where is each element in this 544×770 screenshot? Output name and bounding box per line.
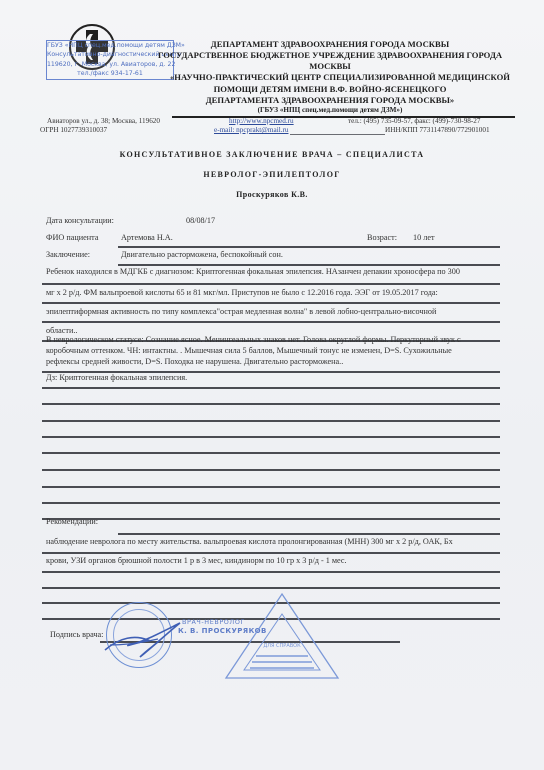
triangle-stamp-icon: ДЛЯ СПРАВОК [222, 592, 342, 682]
blank-line [42, 452, 500, 454]
email-underline [290, 134, 385, 135]
diagnosis: Дз: Криптогенная фокальная эпилепсия. [46, 371, 187, 385]
blank-line [42, 387, 500, 389]
header-line: ПОМОЩИ ДЕТЯМ ИМЕНИ В.Ф. ВОЙНО-ЯСЕНЕЦКОГО [160, 84, 500, 94]
header-line: МОСКВЫ [140, 61, 520, 71]
svg-text:ДЛЯ СПРАВОК: ДЛЯ СПРАВОК [263, 643, 301, 649]
history-line: мг х 2 р/д. ФМ вальпроевой кислоты 65 и … [46, 286, 438, 300]
recommendation-line: крови, УЗИ органов брюшной полости 1 р в… [46, 554, 347, 568]
phone-fax: тел.: (495) 735-09-57, факс: (499)-730-9… [348, 117, 480, 125]
website-link[interactable]: http://www.npcmed.ru [229, 117, 294, 125]
blank-line [42, 486, 500, 488]
text-rule [42, 283, 500, 285]
signature-scribble-icon [100, 615, 190, 665]
blank-line [42, 587, 500, 589]
header-short-name: (ГБУЗ «НПЦ спец.мед.помощи детям ДЗМ») [160, 106, 500, 114]
header-line: ДЕПАРТАМЕНТА ЗДРАВООХРАНЕНИЯ ГОРОДА МОСК… [160, 95, 500, 105]
signature-label: Подпись врача: [50, 630, 103, 639]
blank-line [42, 403, 500, 405]
date-label: Дата консультации: [46, 216, 114, 225]
blank-line [42, 518, 500, 520]
patient-label: ФИО пациента [46, 233, 98, 242]
document-page: ГБУЗ «НПЦ спец.мед.помощи детям ДЗМ» Кон… [0, 0, 544, 770]
ogrn: ОГРН 1027739310037 [40, 126, 107, 134]
header-line: «НАУЧНО-ПРАКТИЧЕСКИЙ ЦЕНТР СПЕЦИАЛИЗИРОВ… [170, 72, 500, 82]
blank-line [42, 436, 500, 438]
header-line: ДЕПАРТАМЕНТ ЗДРАВООХРАНЕНИЯ ГОРОДА МОСКВ… [140, 39, 520, 49]
history-line: эпилептиформная активность по типу компл… [46, 305, 436, 319]
text-rule [42, 571, 500, 573]
doctor-specialty: НЕВРОЛОГ-ЭПИЛЕПТОЛОГ [0, 170, 544, 179]
text-rule [42, 321, 500, 323]
recommendations-label: Рекомендации: [46, 515, 98, 529]
patient-value: Артемова Н.А. [121, 233, 173, 242]
date-value: 08/08/17 [186, 216, 215, 225]
document-title: КОНСУЛЬТАТИВНОЕ ЗАКЛЮЧЕНИЕ ВРАЧА – СПЕЦИ… [0, 150, 544, 159]
blank-line [42, 469, 500, 471]
recommendation-line: наблюдение невролога по месту жительства… [46, 535, 453, 549]
text-rule [42, 302, 500, 304]
history-line: Ребенок находился в МДГКБ с диагнозом: К… [46, 265, 460, 279]
age-label: Возраст: [367, 233, 397, 242]
blank-line [42, 502, 500, 504]
header-line: ГОСУДАРСТВЕННОЕ БЮДЖЕТНОЕ УЧРЕЖДЕНИЕ ЗДР… [140, 50, 520, 60]
conclusion-label: Заключение: [46, 250, 90, 259]
conclusion-value: Двигательно расторможена, беспокойный со… [121, 250, 283, 259]
address: Авиаторов ул., д. 38; Москва, 119620 [47, 117, 160, 125]
email-link[interactable]: e-mail: npcprakt@mail.ru [214, 126, 288, 134]
doctor-name: Проскуряков К.В. [0, 190, 544, 199]
inn-kpp: ИНН/КПП 7731147890/772901001 [385, 126, 490, 134]
field-rule [118, 246, 500, 248]
age-value: 10 лет [413, 233, 435, 242]
neuro-status-line: рефлексы средней живости, D=S. Походка н… [46, 356, 343, 368]
blank-line [42, 420, 500, 422]
